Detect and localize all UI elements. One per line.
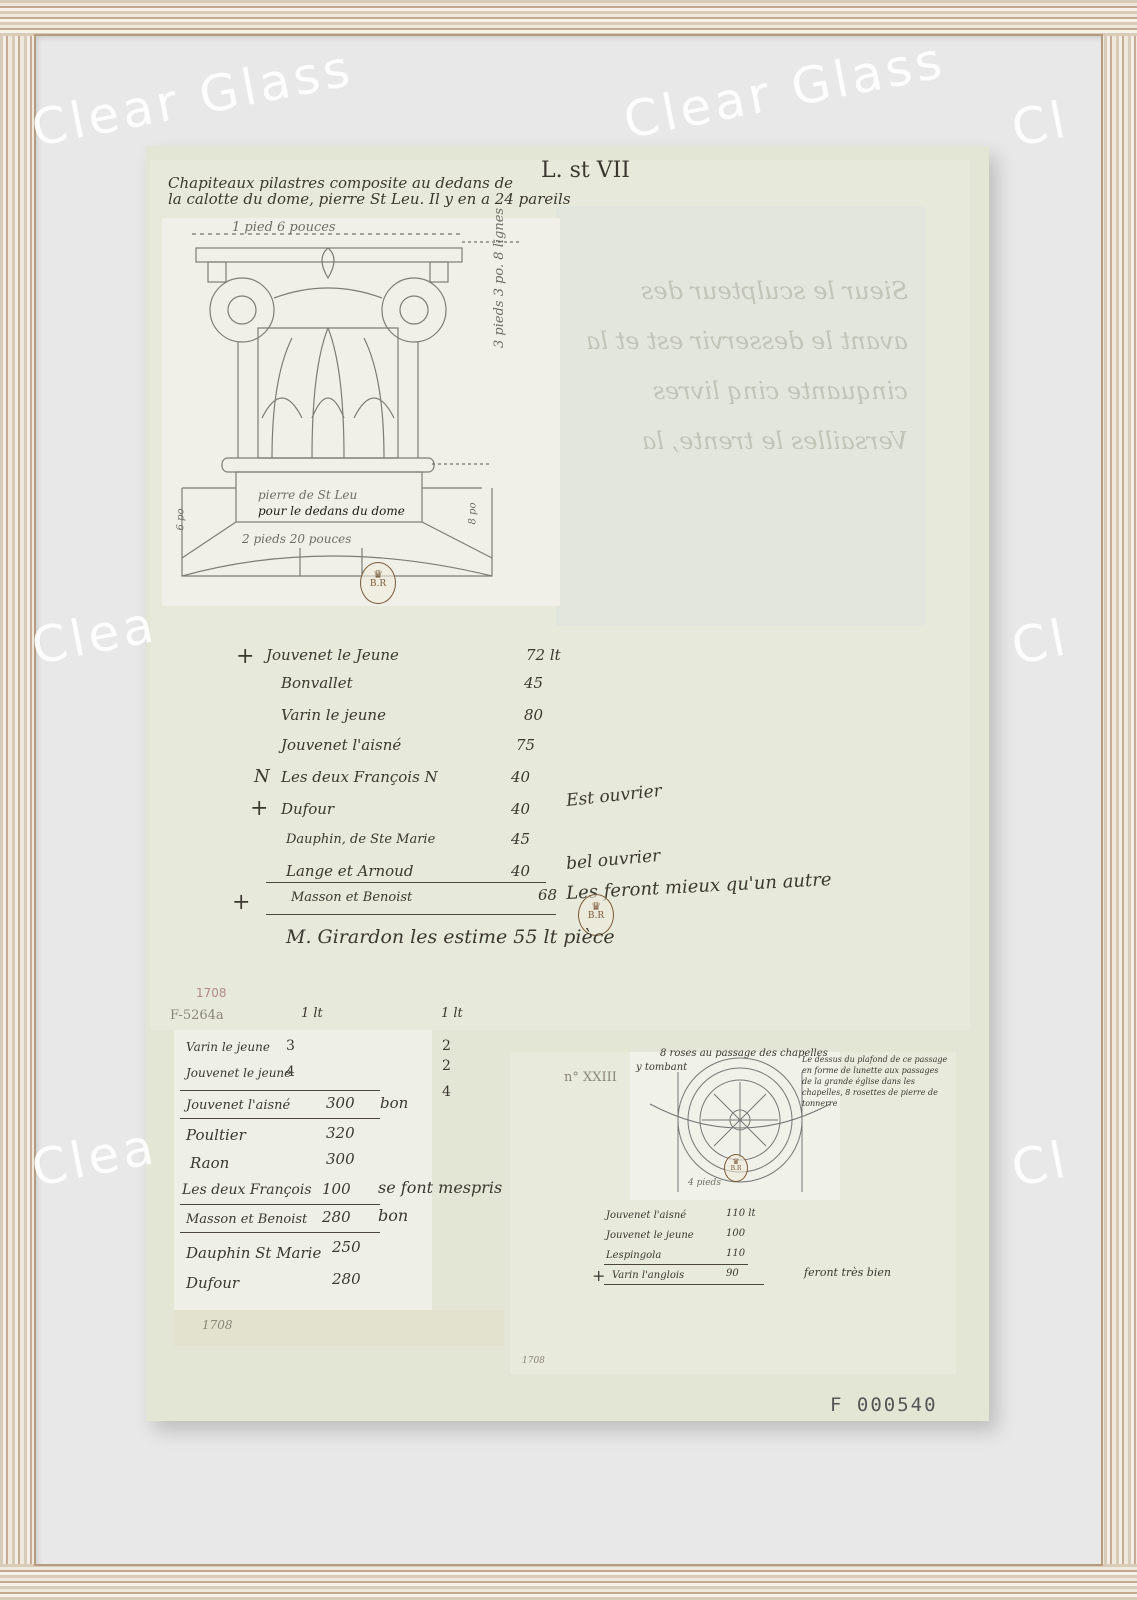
capital-side-left: 6 po (175, 509, 186, 531)
bid-name: Lange et Arnoud (286, 862, 413, 880)
bid-name: Dauphin, de Ste Marie (286, 832, 435, 847)
bid2-name: Jouvenet l'aisné (186, 1098, 290, 1113)
bid-name: Varin le jeune (281, 706, 386, 724)
bid2-note: bon (380, 1094, 408, 1112)
underline (180, 1118, 380, 1119)
br-library-stamp: ♛B.R (724, 1154, 748, 1182)
rosette-bid-mark: + (592, 1266, 605, 1285)
rosette-bid-note: feront très bien (804, 1266, 891, 1279)
rosette-caption-sub: y tombant (636, 1062, 687, 1073)
bid-price: 72 lt (526, 646, 561, 664)
rosette-bid-price: 90 (726, 1268, 739, 1279)
bid-name: Jouvenet l'aisné (281, 736, 401, 754)
rosette-footer-year: 1708 (522, 1356, 545, 1366)
small-row-b: 2 (442, 1058, 451, 1074)
bid2-price: 100 (322, 1180, 351, 1198)
rosette-bid-name: Jouvenet l'aisné (606, 1210, 686, 1221)
small-row-a: 4 (286, 1064, 295, 1080)
capital-base-label-1: pierre de St Leu (258, 488, 357, 502)
frame-bottom-rail (0, 1564, 1137, 1600)
bid2-name: Poultier (186, 1126, 246, 1144)
small-row-name: Varin le jeune (186, 1040, 270, 1054)
small-row-b: 4 (442, 1084, 451, 1100)
rosette-bid-name: Varin l'anglois (612, 1270, 684, 1281)
bid-price: 45 (511, 830, 530, 848)
bid2-name: Masson et Benoist (186, 1212, 307, 1227)
capital-drawing-sheet: 1 pied 6 pouces 3 pieds 3 po. 8 lignes p… (162, 218, 560, 606)
rosette-bid-price: 110 lt (726, 1208, 755, 1219)
bid2-note: bon (378, 1206, 408, 1225)
col-header-1: 1 lt (301, 1006, 323, 1021)
bid-name: Jouvenet le Jeune (266, 646, 399, 664)
capital-width-label: 1 pied 6 pouces (232, 220, 336, 235)
br-library-stamp: ♛B.R (360, 562, 396, 604)
bid-mark: + (250, 796, 268, 821)
small-row-a: 3 (286, 1038, 295, 1054)
ref-code: F-5264a (170, 1008, 224, 1023)
mounted-manuscript: Sieur le sculpteur des avant le desservi… (146, 146, 989, 1421)
inventory-number: F 000540 (830, 1394, 938, 1416)
bid2-note: se font mespris (378, 1178, 502, 1197)
bid2-price: 280 (332, 1270, 361, 1288)
underline (604, 1284, 764, 1285)
ref-year: 1708 (196, 986, 227, 1000)
bid2-name: Dufour (186, 1274, 239, 1292)
rosette-bid-price: 100 (726, 1228, 745, 1239)
girardon-note: M. Girardon les estime 55 lt pièce (286, 926, 615, 948)
bid2-price: 250 (332, 1238, 361, 1256)
bid-price: 40 (511, 862, 530, 880)
underline (180, 1204, 380, 1205)
capital-base-label-2: pour le dedans du dome (258, 504, 405, 518)
small-row-name: Jouvenet le jeune (186, 1066, 291, 1080)
underline (266, 914, 556, 915)
capital-side-right: 8 po (467, 503, 478, 525)
bid2-price: 280 (322, 1208, 351, 1226)
underline (266, 882, 546, 883)
bid2-name: Dauphin St Marie (186, 1244, 321, 1262)
bid-mark: N (254, 766, 270, 787)
rosette-bid-name: Jouvenet le jeune (606, 1230, 694, 1241)
bid-price: 75 (516, 736, 535, 754)
rosette-bid-name: Lespingola (606, 1250, 661, 1261)
bid-price: 40 (511, 768, 530, 786)
bid2-name: Les deux François (182, 1182, 312, 1198)
rosette-number: n° XXIII (564, 1070, 617, 1085)
underline (180, 1090, 380, 1091)
rosette-bid-price: 110 (726, 1248, 745, 1259)
bid-name: Les deux François N (281, 768, 438, 786)
col-header-2: 1 lt (441, 1006, 463, 1021)
header-title-line2: la calotte du dome, pierre St Leu. Il y … (168, 190, 571, 208)
capital-base-width-label: 2 pieds 20 pouces (242, 532, 351, 546)
reverse-writing: Sieur le sculpteur des avant le desservi… (586, 266, 908, 466)
bid-mark: + (236, 644, 254, 669)
bid-price: 40 (511, 800, 530, 818)
bid-name: Masson et Benoist (291, 890, 412, 905)
bid-price: 45 (524, 674, 543, 692)
frame-top-rail (0, 0, 1137, 36)
underline (604, 1264, 748, 1265)
shelfmark: L. st VII (541, 158, 630, 183)
bid-price: 80 (524, 706, 543, 724)
bid-name: Bonvallet (281, 674, 353, 692)
bid2-price: 300 (326, 1094, 355, 1112)
capital-height-label: 3 pieds 3 po. 8 lignes (492, 208, 507, 348)
underline (180, 1232, 380, 1233)
rosette-side-note: Le dessus du plafond de ce passage en fo… (802, 1054, 948, 1109)
bid-mark: + (232, 890, 250, 915)
rosette-width-label: 4 pieds (688, 1178, 721, 1188)
bid-name: Dufour (281, 800, 334, 818)
footer-year: 1708 (202, 1318, 233, 1332)
bid-price: 68 (538, 886, 557, 904)
bid2-price: 300 (326, 1150, 355, 1168)
bid2-name: Raon (190, 1154, 229, 1172)
bid2-price: 320 (326, 1124, 355, 1142)
small-row-b: 2 (442, 1038, 451, 1054)
